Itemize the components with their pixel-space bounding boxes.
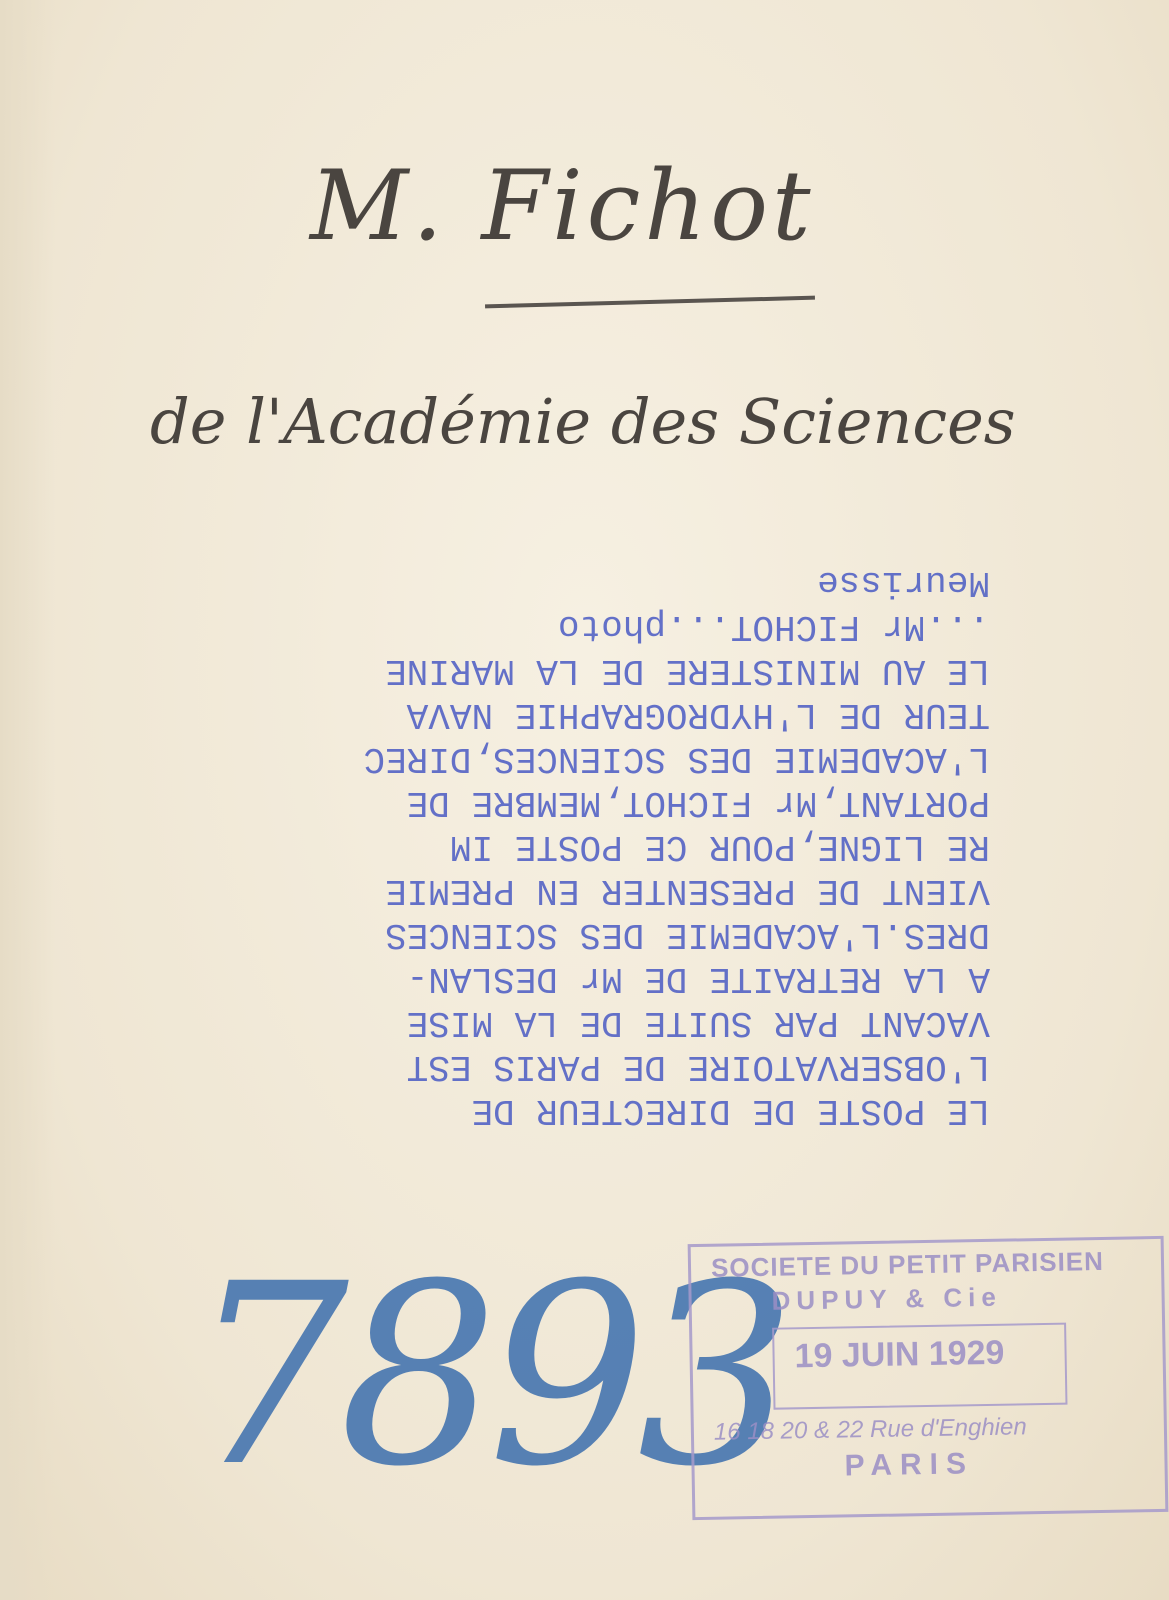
typed-line: L'ACADEMIE DES SCIENCES,DIREC [270,736,990,780]
typed-line: PORTANT,Mr FICHOT,MEMBRE DE [270,780,990,824]
typed-line: RE LIGNE,POUR CE POSTE IM [270,824,990,868]
typed-line: A LA RETRAITE DE Mr DESLAN- [270,956,990,1000]
handwritten-subtitle: de l'Académie des Sciences [150,385,1016,458]
typed-line: VIENT DE PRESENTER EN PREMIE [270,868,990,912]
handwritten-title: M. Fichot [310,150,815,262]
stamp-date: 19 JUIN 1929 [794,1334,1004,1377]
typed-line: LE AU MINISTERE DE LA MARINE [270,648,990,692]
typed-line: TEUR DE L'HYDROGRAPHIE NAVA [270,692,990,736]
typed-line: DRES.L'ACADEMIE DES SCIENCES [270,912,990,956]
stamp-city: PARIS [844,1447,974,1483]
stamp-address: 16 18 20 & 22 Rue d'Enghien [714,1413,1027,1446]
paper-edge [0,0,55,1600]
typed-line: VACANT PAR SUITE DE LA MISE [270,1000,990,1044]
typed-line: LE POSTE DE DIRECTEUR DE [270,1088,990,1132]
typed-caption: LE POSTE DE DIRECTEUR DEL'OBSERVATOIRE D… [270,560,990,1132]
typed-line: L'OBSERVATOIRE DE PARIS EST [270,1044,990,1088]
typed-line: ...Mr FICHOT...photo [270,604,990,648]
press-agency-stamp: SOCIETE DU PETIT PARISIEN DUPUY & Cie 19… [688,1236,1169,1520]
stamp-date-box: 19 JUIN 1929 [772,1323,1067,1410]
typed-line: Meurisse [270,560,990,604]
stamp-line-2: DUPUY & Cie [771,1282,1002,1317]
stamp-line-1: SOCIETE DU PETIT PARISIEN [711,1246,1104,1284]
